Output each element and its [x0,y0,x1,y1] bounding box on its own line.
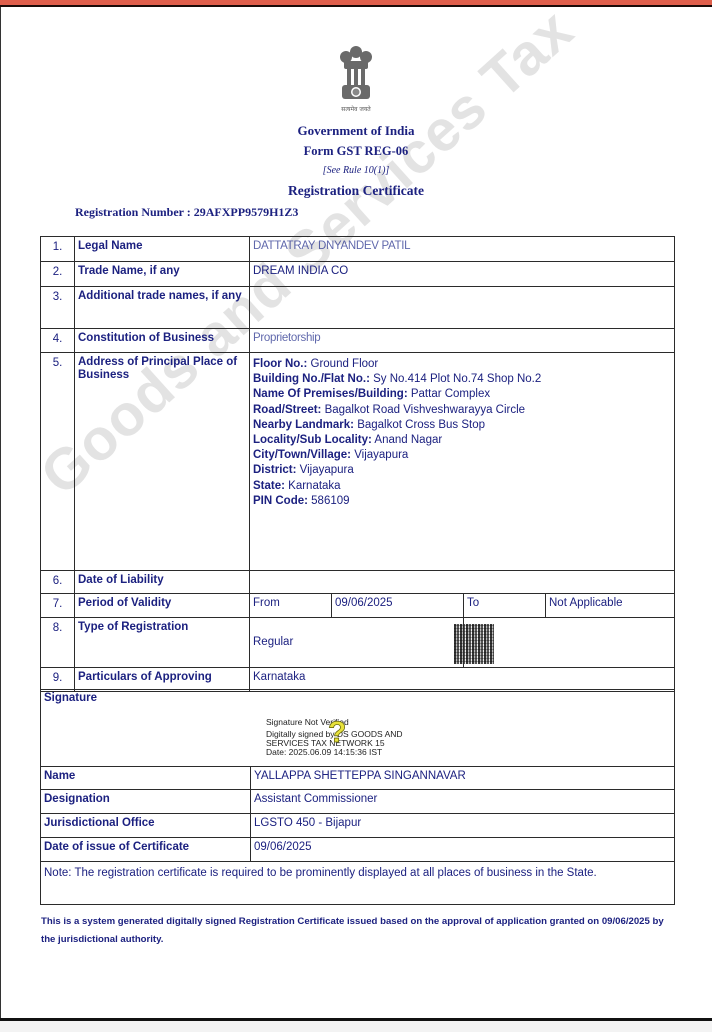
row-number: 1. [41,237,75,262]
signature-label: Signature [44,692,671,705]
note-text: Note: The registration certificate is re… [41,862,675,905]
address-line: Road/Street: Bagalkot Road Vishveshwaray… [253,403,671,418]
row-label: Designation [41,790,251,814]
address-field-value: Sy No.414 Plot No.74 Shop No.2 [373,373,541,385]
table-row: 6. Date of Liability [41,571,675,594]
address-line: Name Of Premises/Building: Pattar Comple… [253,387,671,402]
officer-name-value: YALLAPPA SHETTEPPA SINGANNAVAR [251,767,675,790]
address-line: State: Karnataka [253,479,671,494]
validity-from-label: From [250,594,332,618]
signature-cell: Signature Signature Not Verified Digital… [41,690,675,767]
address-field-label: Road/Street: [253,404,321,416]
address-field-value: Bagalkot Cross Bus Stop [357,419,485,431]
table-row: Date of issue of Certificate 09/06/2025 [41,838,675,862]
date-of-liability-value [250,571,675,594]
rule-reference: [See Rule 10(1)] [0,165,712,176]
row-label: Address of Principal Place of Business [75,353,250,571]
address-field-value: Ground Floor [311,358,379,370]
address-field-label: Locality/Sub Locality: [253,434,372,446]
registration-number: Registration Number : 29AFXPP9579H1Z3 [75,205,298,220]
jurisdictional-office-value: LGSTO 450 - Bijapur [251,814,675,838]
row-number: 4. [41,329,75,353]
address-field-value: Anand Nagar [374,434,442,446]
address-line: PIN Code: 586109 [253,494,671,509]
table-row: Name YALLAPPA SHETTEPPA SINGANNAVAR [41,767,675,790]
table-row: 3. Additional trade names, if any [41,287,675,329]
address-field-value: Bagalkot Road Vishveshwarayya Circle [325,404,526,416]
address-field-label: PIN Code: [253,495,308,507]
address-field-label: City/Town/Village: [253,449,351,461]
row-number: 6. [41,571,75,594]
registration-number-value: 29AFXPP9579H1Z3 [194,205,299,219]
address-field-label: Nearby Landmark: [253,419,354,431]
address-value: Floor No.: Ground FloorBuilding No./Flat… [250,353,675,571]
row-label: Period of Validity [75,594,250,618]
address-line: District: Vijayapura [253,463,671,478]
certificate-title: Registration Certificate [0,183,712,199]
designation-value: Assistant Commissioner [251,790,675,814]
row-label: Legal Name [75,237,250,262]
table-row: 4. Constitution of Business Proprietorsh… [41,329,675,353]
table-row: 7. Period of Validity From 09/06/2025 To… [41,594,675,618]
address-line: Building No./Flat No.: Sy No.414 Plot No… [253,372,671,387]
issue-date-value: 09/06/2025 [251,838,675,862]
form-title: Form GST REG-06 [0,144,712,159]
address-line: Nearby Landmark: Bagalkot Cross Bus Stop [253,418,671,433]
table-row: 2. Trade Name, if any DREAM INDIA CO [41,262,675,287]
registration-type-value: Regular [250,618,464,668]
qr-code-icon [454,624,494,664]
table-row: Jurisdictional Office LGSTO 450 - Bijapu… [41,814,675,838]
row-label: Constitution of Business [75,329,250,353]
row-number: 2. [41,262,75,287]
row-label: Particulars of Approving [75,668,250,692]
officer-table: Signature Signature Not Verified Digital… [40,689,675,905]
row-number: 8. [41,618,75,668]
validity-to-label: To [464,594,546,618]
national-emblem-icon [330,43,382,105]
signature-status: Signature Not Verified [266,718,671,727]
row-label: Name [41,767,251,790]
details-table: 1. Legal Name DATTATRAY DNYANDEV PATIL 2… [40,236,675,692]
row-number: 7. [41,594,75,618]
row-label: Date of issue of Certificate [41,838,251,862]
row-number: 3. [41,287,75,329]
address-field-value: Vijayapura [300,464,354,476]
additional-trade-names-value [250,287,675,329]
signature-date: Date: 2025.06.09 14:15:36 IST [266,748,671,757]
table-row: 5. Address of Principal Place of Busines… [41,353,675,571]
address-field-value: Karnataka [288,480,340,492]
address-field-label: Name Of Premises/Building: [253,388,408,400]
address-line: City/Town/Village: Vijayapura [253,448,671,463]
address-line: Floor No.: Ground Floor [253,357,671,372]
table-row: 8. Type of Registration Regular [41,618,675,668]
qr-code-cell [464,618,675,668]
page-bottom-edge [0,1018,712,1021]
footer-disclaimer: This is a system generated digitally sig… [41,913,671,949]
registration-number-label: Registration Number : [75,205,191,219]
row-label: Date of Liability [75,571,250,594]
row-label: Additional trade names, if any [75,287,250,329]
trade-name-value: DREAM INDIA CO [250,262,675,287]
row-label: Type of Registration [75,618,250,668]
table-row: 1. Legal Name DATTATRAY DNYANDEV PATIL [41,237,675,262]
legal-name-value: DATTATRAY DNYANDEV PATIL [250,237,675,262]
validity-to-value: Not Applicable [546,594,675,618]
validity-from-value: 09/06/2025 [332,594,464,618]
address-field-label: State: [253,480,285,492]
row-label: Jurisdictional Office [41,814,251,838]
table-row: Designation Assistant Commissioner [41,790,675,814]
address-field-value: 586109 [311,495,349,507]
approving-particulars-value: Karnataka [250,668,675,692]
question-mark-icon[interactable]: ? [328,718,346,748]
digital-signature-block: Signature Not Verified Digitally signed … [266,718,671,757]
note-row: Note: The registration certificate is re… [41,862,675,905]
table-row: 9. Particulars of Approving Karnataka [41,668,675,692]
address-line: Locality/Sub Locality: Anand Nagar [253,433,671,448]
address-field-label: District: [253,464,296,476]
government-title: Government of India [0,123,712,139]
row-number: 9. [41,668,75,692]
row-label: Trade Name, if any [75,262,250,287]
constitution-value: Proprietorship [250,329,675,353]
address-field-value: Vijayapura [354,449,408,461]
signature-row: Signature Signature Not Verified Digital… [41,690,675,767]
address-field-value: Pattar Complex [411,388,490,400]
address-field-label: Building No./Flat No.: [253,373,370,385]
address-field-label: Floor No.: [253,358,307,370]
row-number: 5. [41,353,75,571]
emblem-motto: सत्यमेव जयते [0,105,712,113]
